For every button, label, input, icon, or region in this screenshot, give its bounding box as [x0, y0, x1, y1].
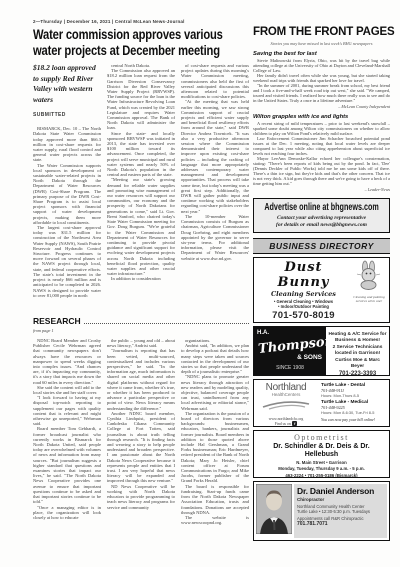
thompson-suffix: & SONS: [297, 354, 322, 361]
anderson-appointments: Appointments call R&R Chiropractic: [297, 516, 384, 521]
paragraph: BISMARCK, Dec. 10 – The North Dakota Sta…: [33, 126, 101, 162]
northland-note: You can now pay your bill online!: [321, 417, 387, 422]
main-headline: Water commission approves various water …: [33, 26, 249, 58]
paragraph: Mayor LeeAnn Demoske-Kallar echoed her c…: [253, 156, 390, 186]
thompson-names: Curtiss Moe & Marc Beyer: [328, 358, 387, 369]
dust-bunny-art: Cleaning and painting services all in on…: [352, 260, 386, 320]
right-rail: FROM THE FRONT PAGES Stories you may hav…: [253, 26, 390, 541]
northland-details: Turtle Lake - Dental 701-448-9111 Hours:…: [318, 380, 389, 426]
paragraph: The largest cost-share approval today wa…: [33, 225, 101, 298]
dust-bunny-caption: Cleaning and painting services all in on…: [352, 295, 386, 303]
thompson-techs: 2 Service Technicians located in Garriso…: [328, 345, 387, 356]
paragraph: "Meeting our state's growing demand for …: [107, 177, 175, 276]
advertise-banner-title: Advertise online at bhgnews.com: [254, 202, 389, 213]
optometrist-hours: Monday, Tuesday, Thursday 9 a.m. - 5 p.m…: [254, 466, 389, 471]
business-directory-bar: BUSINESS DIRECTORY: [253, 238, 390, 254]
research-header: RESEARCH: [33, 316, 249, 326]
dust-bunny-name: Dust Bunny: [257, 260, 350, 290]
dust-bunny-info: Dust Bunny Cleaning Services • General C…: [257, 260, 350, 320]
research-columns: NDNC Board Member and Crosby Publisher C…: [33, 338, 249, 525]
anderson-phone: 701.781.7071: [297, 521, 384, 527]
paragraph: Law Enforcement Commissioner Jim Schache…: [253, 136, 390, 156]
column-text: central North Dakota.The Commission also…: [107, 63, 175, 282]
thompson-logo: Thompson: [257, 334, 334, 357]
newspaper-page: 2—Thursday | December 16, 2021 | Central…: [0, 0, 400, 567]
page-folio: 2—Thursday | December 16, 2021 | Central…: [33, 19, 185, 24]
story-body-wilton: A recent string of mild temperatures – p…: [253, 121, 390, 186]
dust-bunny-ad: Dust Bunny Cleaning Services • General C…: [253, 257, 390, 323]
northland-ad: Northland HealthCenters www.northlandchc…: [253, 379, 390, 427]
paragraph: Board member Tom Gebhardt, a former broa…: [33, 426, 101, 504]
story-attribution: – Leader-News: [253, 187, 390, 192]
front-pages-title: FROM THE FRONT PAGES: [253, 26, 390, 38]
research-title: RESEARCH: [33, 316, 81, 326]
thompson-details: Heating & A/C Service for Business & Hom…: [326, 327, 389, 375]
paragraph: Another NDNC board member, Cynthia Lindq…: [107, 411, 175, 484]
advertise-banner-ad: Advertise online at bhgnews.com Contact …: [253, 198, 390, 233]
story-headline-wilton: Wilton grapples with ice and lights: [253, 114, 390, 120]
anderson-portrait-photo: [256, 484, 292, 538]
optometrist-names: Dr. Schindler & Dr. Deis & Dr. Hellebush: [270, 443, 373, 458]
research-column-1: NDNC Board Member and Crosby Publisher C…: [33, 338, 101, 525]
paragraph: "NDNC plans to promote greater news lite…: [181, 374, 249, 410]
thompson-since: SINCE 1908: [254, 365, 326, 371]
story-attribution: – McLean County Independent: [253, 104, 390, 109]
optometrist-header: Optometrist: [254, 433, 389, 442]
optometrist-ad: Optometrist Dr. Schindler & Dr. Deis & D…: [253, 430, 390, 478]
dust-bunny-services: • Indoor/Outdoor Painting: [257, 304, 350, 309]
paragraph: In addition to consideration: [107, 276, 175, 281]
paragraph: The 10-member Water Commission consists …: [181, 214, 249, 261]
story-body-saving: Stevie Malinowski from Elyria, Ohio, was…: [253, 58, 390, 103]
paragraph: "Journalism is reporting that has been v…: [107, 348, 175, 410]
research-article: RESEARCH from page 1 NDNC Board Member a…: [33, 316, 249, 525]
thompson-service: Heating & A/C Service for Business & Hom…: [328, 332, 387, 343]
advertise-banner-line: for details or email news@bhgnews.com: [254, 222, 389, 228]
thompson-ad: H.A. Thompson & SONS SINCE 1908 Heating …: [253, 326, 390, 376]
paragraph: "At the meeting that was held earlier th…: [181, 99, 249, 213]
bunny-illustration-icon: [356, 277, 382, 294]
paragraph: The Water Commission supports local spon…: [33, 163, 101, 225]
column-text: BISMARCK, Dec. 10 – The North Dakota Sta…: [33, 126, 101, 298]
dotted-rule: [84, 319, 249, 324]
northland-find-label: Find us on: [275, 422, 291, 426]
research-column-2: the public – young and old – about news …: [107, 338, 175, 525]
paragraph: A recent string of mild temperatures – p…: [253, 121, 390, 136]
optometrist-phones: 463-2224 • 701-255-0186 (Bismarck): [254, 473, 389, 478]
dust-bunny-subname: Cleaning Services: [257, 290, 350, 298]
thompson-phone: 701-223-3393: [328, 372, 387, 376]
anderson-ad: Dr. Daniel Anderson Chiropractor Northla…: [253, 481, 390, 541]
paragraph: NDNC Board Member and Crosby Publisher C…: [33, 338, 101, 385]
anderson-name: Dr. Daniel Anderson: [297, 486, 384, 496]
northland-swoosh-icon: [261, 397, 311, 414]
dust-bunny-phone: 701-570-8019: [257, 310, 350, 321]
thompson-logo-panel: H.A. Thompson & SONS SINCE 1908: [254, 327, 326, 375]
northland-logo-panel: Northland HealthCenters www.northlandchc…: [254, 380, 318, 426]
dust-bunny-services: • General Cleaning • Windows: [257, 299, 350, 304]
paragraph: The website is www.newscoopnd.org.: [181, 515, 249, 525]
paragraph: Since the state- and locally sponsored R…: [107, 131, 175, 178]
paragraph: Her family didn't travel often while she…: [253, 73, 390, 83]
story-headline-saving: Saving the best for last: [253, 51, 390, 57]
paragraph: the public – young and old – about news …: [107, 338, 175, 348]
research-column-3: organizations.Andrist said, "In addition…: [181, 338, 249, 525]
article-deck: $18.2 loan approved to supply Red River …: [33, 63, 101, 105]
anderson-details: Dr. Daniel Anderson Chiropractor Northla…: [294, 484, 387, 538]
paragraph: The Commission also approved an $18.2 mi…: [107, 68, 175, 130]
paragraph: She said the content will add to the loc…: [33, 385, 101, 395]
dust-bunny-owner: Kellie Fante, Owner: [259, 322, 298, 323]
front-pages-subtitle: Stories you may have missed in last week…: [253, 41, 390, 46]
dust-bunny-city: Garrison, ND: [322, 322, 348, 323]
paragraph: The organization is the passion of a boa…: [181, 411, 249, 484]
water-article-column-2: central North Dakota.The Commission also…: [107, 63, 175, 298]
paragraph: "In the summer of 2001, during summer br…: [253, 83, 390, 103]
paragraph: The board is responsible for fundraising…: [181, 484, 249, 515]
northland-medical-hours: Hours: Mon 8-6:30, Tue-Fri 8-5: [321, 410, 387, 415]
paragraph: "Once a managing editor is in place, the…: [33, 505, 101, 521]
advertise-banner-line: Contact your advertising representative: [254, 215, 389, 221]
thompson-prefix: H.A.: [257, 330, 269, 336]
northland-dental-hours: Hours: Mon-Thurs 8-5: [321, 393, 387, 398]
anderson-schedule: Turtle Lake • 12:30-5:30 p.m. Tuesdays: [297, 509, 384, 514]
paragraph: Andrist said, "In addition, we plan to d…: [181, 343, 249, 374]
water-article-column-1: $18.2 loan approved to supply Red River …: [33, 63, 101, 298]
paragraph: "I look forward to having at my disposal…: [33, 395, 101, 426]
article-byline: SUBMITTED: [33, 113, 101, 118]
water-article: $18.2 loan approved to supply Red River …: [33, 63, 249, 298]
continued-from-note: from page 1: [33, 328, 249, 333]
water-article-column-3: of cost-share requests and various proje…: [181, 63, 249, 298]
anderson-title: Chiropractor: [297, 497, 384, 502]
paragraph: ND News Cooperative will be working with…: [107, 484, 175, 510]
optometrist-address: N. Main Street • Garrison: [254, 460, 389, 465]
column-text: of cost-share requests and various proje…: [181, 63, 249, 261]
paragraph: of cost-share requests and various proje…: [181, 63, 249, 99]
northland-logo: Northland: [254, 383, 318, 392]
facebook-icon: f: [292, 421, 297, 426]
paragraph: Stevie Malinowski from Elyria, Ohio, was…: [253, 58, 390, 73]
